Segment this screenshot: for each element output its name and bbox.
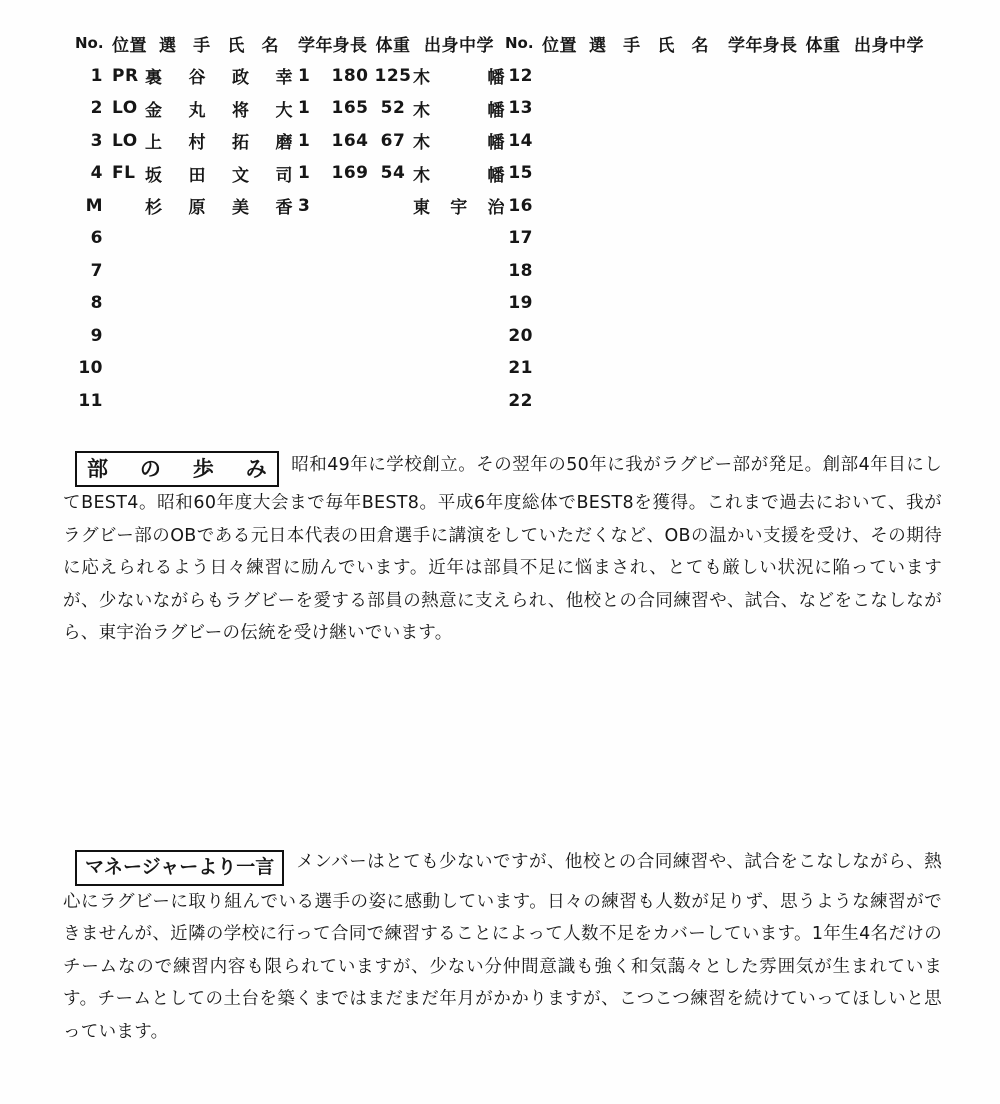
cell-name: [575, 326, 723, 346]
cell-school: [843, 131, 935, 151]
col-header-no: No.: [75, 34, 103, 52]
cell-name: 坂田文司: [145, 161, 293, 186]
cell-weight: 52: [373, 98, 413, 118]
cell-school: [413, 358, 505, 378]
cell-height: 165: [327, 98, 373, 118]
cell-weight: 54: [373, 163, 413, 183]
cell-no: 19: [505, 293, 533, 313]
cell-school: [843, 228, 935, 248]
cell-school: [843, 358, 935, 378]
club-history-title: 部の歩み: [75, 451, 279, 487]
table-row: 7 18: [75, 255, 1000, 288]
cell-name: [145, 261, 293, 281]
cell-name: [575, 261, 723, 281]
cell-grade: 1: [293, 66, 327, 86]
cell-no: 14: [505, 131, 533, 151]
table-row: 3 LO 上村拓磨 1 164 67 木幡 14: [75, 125, 1000, 158]
cell-no: 15: [505, 163, 533, 183]
cell-name: [575, 98, 723, 118]
cell-no: 20: [505, 326, 533, 346]
table-row: 2 LO 金丸将大 1 165 52 木幡 13: [75, 92, 1000, 125]
cell-no: 12: [505, 66, 533, 86]
cell-no: 10: [75, 358, 103, 378]
table-row: 6 17: [75, 222, 1000, 255]
cell-grade: 1: [293, 131, 327, 151]
cell-grade: 1: [293, 98, 327, 118]
col-header-weight: 体重: [373, 31, 413, 56]
cell-school: [843, 66, 935, 86]
cell-school: [843, 163, 935, 183]
cell-no: 22: [505, 391, 533, 411]
cell-no: M: [75, 196, 103, 216]
cell-school: [413, 391, 505, 411]
cell-pos: LO: [103, 131, 145, 151]
cell-name: [145, 293, 293, 313]
cell-school: [413, 228, 505, 248]
col-header-pos: 位置: [103, 31, 145, 56]
cell-no: 16: [505, 196, 533, 216]
table-row: 4 FL 坂田文司 1 169 54 木幡 15: [75, 157, 1000, 190]
document-page: No. 位置 選手氏名 学年 身長 体重 出身中学 No. 位置 選手氏名 学年…: [0, 0, 1000, 1104]
cell-school: 木幡: [413, 128, 505, 153]
cell-name: [575, 228, 723, 248]
cell-school: [843, 326, 935, 346]
cell-school: [413, 293, 505, 313]
cell-school: [413, 326, 505, 346]
cell-name: 裏谷政幸: [145, 63, 293, 88]
manager-note-section: マネージャーより一言メンバーはとても少ないですが、他校との合同練習や、試合をこな…: [63, 846, 942, 1048]
cell-school: 木幡: [413, 96, 505, 121]
cell-name: [145, 358, 293, 378]
col-header-name-2: 選手氏名: [575, 31, 723, 56]
col-header-no-2: No.: [505, 34, 533, 52]
cell-name: [145, 391, 293, 411]
cell-no: 7: [75, 261, 103, 281]
cell-no: 4: [75, 163, 103, 183]
roster-table: No. 位置 選手氏名 学年 身長 体重 出身中学 No. 位置 選手氏名 学年…: [75, 0, 1000, 417]
cell-name: [575, 391, 723, 411]
cell-no: 3: [75, 131, 103, 151]
cell-school: 東宇治: [413, 193, 505, 218]
table-row: M 杉原美香 3 東宇治 16: [75, 190, 1000, 223]
cell-name: 上村拓磨: [145, 128, 293, 153]
cell-school: [843, 98, 935, 118]
cell-no: 18: [505, 261, 533, 281]
cell-name: [575, 66, 723, 86]
col-header-grade-2: 学年: [723, 31, 757, 56]
col-header-name: 選手氏名: [145, 31, 293, 56]
cell-name: [575, 293, 723, 313]
cell-pos: FL: [103, 163, 145, 183]
cell-name: [575, 163, 723, 183]
cell-no: 1: [75, 66, 103, 86]
cell-school: [843, 391, 935, 411]
col-header-school: 出身中学: [413, 31, 505, 56]
cell-no: 17: [505, 228, 533, 248]
table-row: 8 19: [75, 287, 1000, 320]
cell-name: 杉原美香: [145, 193, 293, 218]
cell-weight: 67: [373, 131, 413, 151]
club-history-section: 部の歩み昭和49年に学校創立。その翌年の50年に我がラグビー部が発足。創部4年目…: [63, 449, 942, 650]
cell-no: 9: [75, 326, 103, 346]
cell-grade: 3: [293, 196, 327, 216]
cell-pos: PR: [103, 66, 145, 86]
cell-school: 木幡: [413, 63, 505, 88]
cell-school: [843, 196, 935, 216]
cell-no: 13: [505, 98, 533, 118]
cell-name: [145, 228, 293, 248]
cell-weight: 125: [373, 66, 413, 86]
col-header-grade: 学年: [293, 31, 327, 56]
table-row: 10 21: [75, 352, 1000, 385]
col-header-height: 身長: [327, 31, 373, 56]
cell-name: [145, 326, 293, 346]
cell-height: 169: [327, 163, 373, 183]
cell-school: [413, 261, 505, 281]
cell-school: [843, 293, 935, 313]
cell-no: 8: [75, 293, 103, 313]
col-header-pos-2: 位置: [533, 31, 575, 56]
cell-height: 164: [327, 131, 373, 151]
cell-name: 金丸将大: [145, 96, 293, 121]
cell-height: 180: [327, 66, 373, 86]
roster-header-row: No. 位置 選手氏名 学年 身長 体重 出身中学 No. 位置 選手氏名 学年…: [75, 27, 1000, 60]
cell-name: [575, 196, 723, 216]
cell-no: 21: [505, 358, 533, 378]
cell-pos: LO: [103, 98, 145, 118]
cell-school: 木幡: [413, 161, 505, 186]
cell-no: 11: [75, 391, 103, 411]
table-row: 1 PR 裏谷政幸 1 180 125 木幡 12: [75, 60, 1000, 93]
cell-no: 2: [75, 98, 103, 118]
col-header-school-2: 出身中学: [843, 31, 935, 56]
manager-note-title: マネージャーより一言: [75, 850, 284, 886]
cell-name: [575, 358, 723, 378]
cell-no: 6: [75, 228, 103, 248]
cell-school: [843, 261, 935, 281]
cell-name: [575, 131, 723, 151]
table-row: 9 20: [75, 320, 1000, 353]
col-header-weight-2: 体重: [803, 31, 843, 56]
col-header-height-2: 身長: [757, 31, 803, 56]
cell-grade: 1: [293, 163, 327, 183]
table-row: 11 22: [75, 385, 1000, 418]
